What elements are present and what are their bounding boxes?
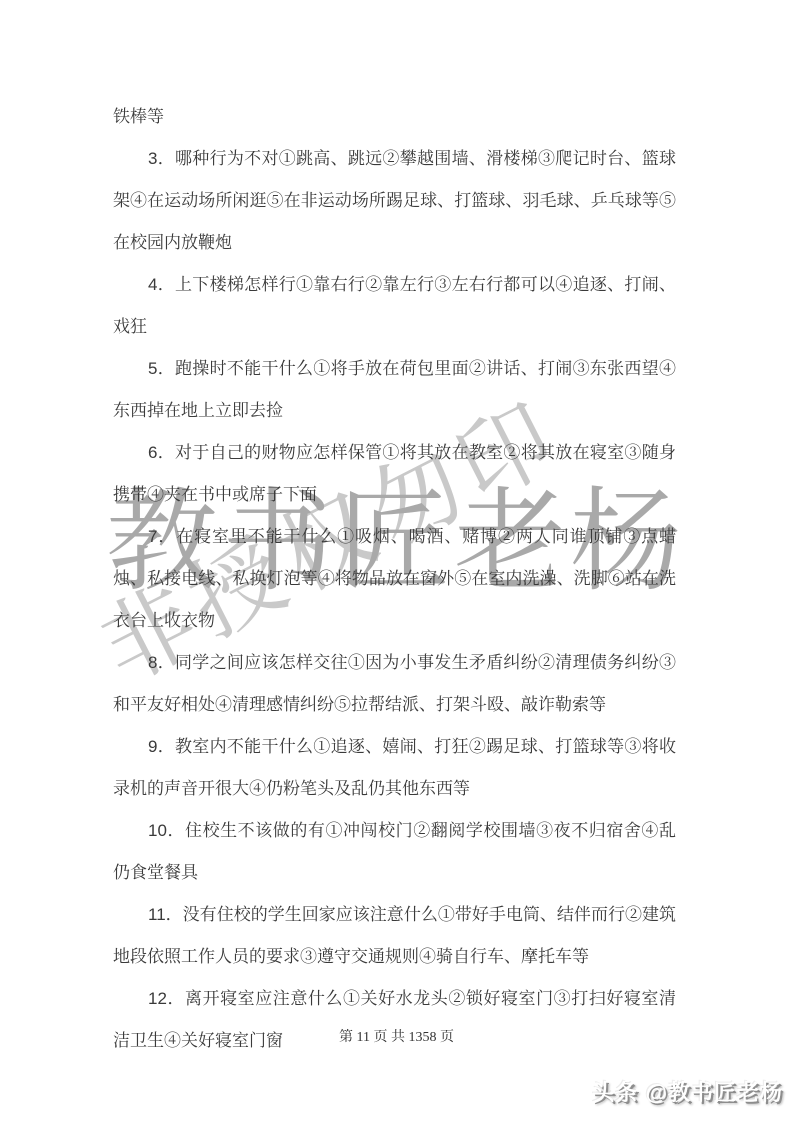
paragraph: 8．同学之间应该怎样交往①因为小事发生矛盾纠纷②清理债务纠纷③和平友好相处④清理…: [113, 642, 676, 726]
paragraph: 11．没有住校的学生回家应该注意什么①带好手电筒、结伴而行②建筑地段依照工作人员…: [113, 894, 676, 978]
paragraph: 3．哪种行为不对①跳高、跳远②攀越围墙、滑楼梯③爬记时台、篮球架④在运动场所闲逛…: [113, 138, 676, 264]
paragraph: 铁棒等: [113, 96, 676, 138]
paragraph: 9．教室内不能干什么①追逐、嬉闹、打狂②踢足球、打篮球等③将收录机的声音开很大④…: [113, 726, 676, 810]
corner-watermark: 头条 @教书匠老杨: [592, 1076, 783, 1107]
page-number: 第 11 页 共 1358 页: [0, 1026, 793, 1046]
document-page: 非授权勿印 教书匠老杨 铁棒等3．哪种行为不对①跳高、跳远②攀越围墙、滑楼梯③爬…: [0, 0, 793, 1122]
paragraph: 4．上下楼梯怎样行①靠右行②靠左行③左右行都可以④追逐、打闹、戏狂: [113, 264, 676, 348]
paragraph: 10．住校生不该做的有①冲闯校门②翻阅学校围墙③夜不归宿舍④乱仍食堂餐具: [113, 810, 676, 894]
paragraph: 5．跑操时不能干什么①将手放在荷包里面②讲话、打闹③东张西望④东西掉在地上立即去…: [113, 348, 676, 432]
paragraph: 7．在寝室里不能干什么①吸烟、喝酒、赌博②两人同谁顶铺③点蜡烛、私接电线、私换灯…: [113, 516, 676, 642]
paragraph: 12．离开寝室应注意什么①关好水龙头②锁好寝室门③打扫好寝室清洁卫生④关好寝室门…: [113, 978, 676, 1062]
paragraph: 6．对于自己的财物应怎样保管①将其放在教室②将其放在寝室③随身携带④夹在书中或席…: [113, 432, 676, 516]
document-body: 铁棒等3．哪种行为不对①跳高、跳远②攀越围墙、滑楼梯③爬记时台、篮球架④在运动场…: [113, 96, 676, 1062]
